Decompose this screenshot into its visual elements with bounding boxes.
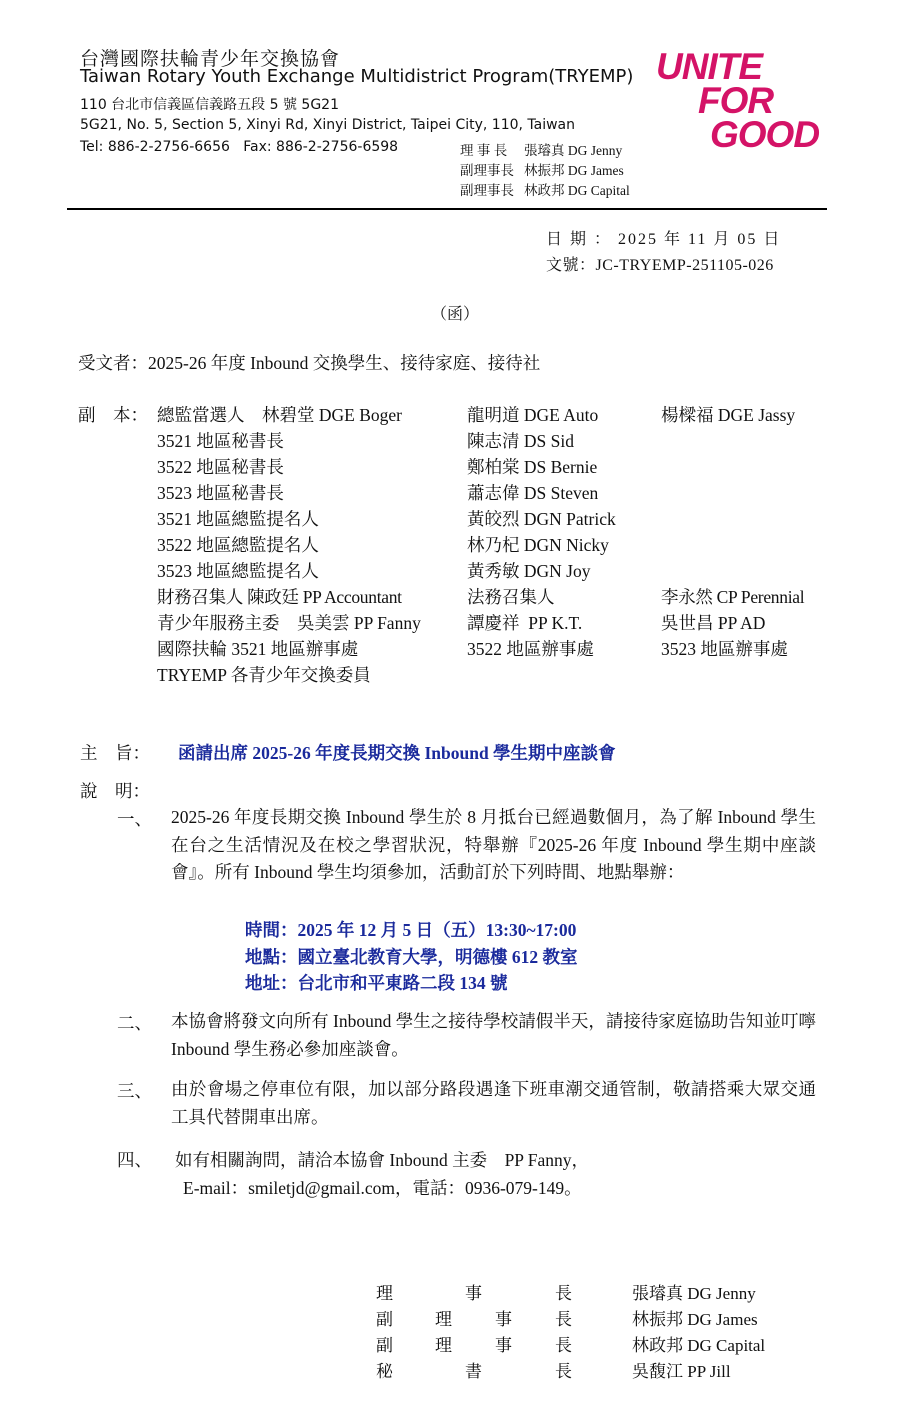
logo-line-good: GOOD xyxy=(656,118,819,152)
cc-item: 法務召集人 xyxy=(467,584,555,609)
cc-item: 3523 地區辦事處 xyxy=(661,636,788,661)
cc-item: 財務召集人 陳政廷 PP Accountant xyxy=(157,584,402,609)
event-time: 時間：2025 年 12 月 5 日（五）13:30~17:00 xyxy=(245,917,576,942)
recipient-value: 2025-26 年度 Inbound 交換學生、接待家庭、接待社 xyxy=(148,353,540,373)
officer-chairman: 理 事 長張璿真 DG Jenny xyxy=(460,139,622,159)
sig-title-char: 事 xyxy=(495,1305,512,1330)
address-cn: 110 台北市信義區信義路五段 5 號 5G21 xyxy=(80,94,339,114)
event-address: 地址：台北市和平東路二段 134 號 xyxy=(245,970,508,995)
event-venue: 地點：國立臺北教育大學，明德樓 612 教室 xyxy=(245,944,578,969)
cc-item: 龍明道 DGE Auto xyxy=(467,402,598,427)
document-date: 日 期 ： 2025 年 11 月 05 日 xyxy=(546,226,781,249)
cc-item: 吳世昌 PP AD xyxy=(661,610,765,635)
officer-title: 副理事長 xyxy=(460,179,524,199)
sig-title-char: 秘 xyxy=(376,1357,393,1382)
item-number: 三、 xyxy=(117,1078,152,1103)
sig-title-char: 事 xyxy=(495,1331,512,1356)
logo-line-unite: UNITE xyxy=(656,50,819,84)
cc-item: 3521 地區總監提名人 xyxy=(157,506,319,531)
cc-item: 3523 地區秘書長 xyxy=(157,480,284,505)
header-divider xyxy=(67,208,827,210)
explanation-label: 說 明： xyxy=(80,778,150,803)
sig-title-char: 理 xyxy=(435,1331,452,1356)
sig-title-char: 長 xyxy=(555,1279,572,1304)
officer-title: 理 事 長 xyxy=(460,139,524,159)
cc-item: 黃皎烈 DGN Patrick xyxy=(467,506,616,531)
officer-name: 張璿真 DG Jenny xyxy=(524,143,622,158)
recipient-label: 受文者： xyxy=(78,353,148,373)
cc-label: 副 本： xyxy=(78,402,148,427)
item-4-contact: E-mail：smiletjd@gmail.com，電話：0936-079-14… xyxy=(183,1175,582,1200)
cc-item: 總監當選人 林碧堂 DGE Boger xyxy=(157,402,402,427)
officer-name: 林政邦 DG Capital xyxy=(524,183,630,198)
sig-title-char: 長 xyxy=(555,1331,572,1356)
cc-item: 李永然 CP Perennial xyxy=(661,584,804,609)
cc-item: 楊樑福 DGE Jassy xyxy=(661,402,795,427)
cc-item: 3522 地區辦事處 xyxy=(467,636,594,661)
item-number: 一、 xyxy=(117,806,152,831)
cc-item: 黃秀敏 DGN Joy xyxy=(467,558,590,583)
contact-info: Tel: 886-2-2756-6656 Fax: 886-2-2756-659… xyxy=(80,139,398,155)
cc-item: 蕭志偉 DS Steven xyxy=(467,480,598,505)
subject-label: 主 旨： xyxy=(80,740,150,765)
org-name-en: Taiwan Rotary Youth Exchange Multidistri… xyxy=(80,66,633,87)
sig-title-char: 長 xyxy=(555,1305,572,1330)
signatory-name: 吳馥江 PP Jill xyxy=(632,1357,731,1382)
officer-vice-chairman-1: 副理事長林振邦 DG James xyxy=(460,159,624,179)
item-1-text: 2025-26 年度長期交換 Inbound 學生於 8 月抵台已經過數個月，為… xyxy=(171,804,816,887)
cc-item: 3521 地區秘書長 xyxy=(157,428,284,453)
sig-title-char: 理 xyxy=(376,1279,393,1304)
address-en: 5G21, No. 5, Section 5, Xinyi Rd, Xinyi … xyxy=(80,117,575,133)
cc-item: TRYEMP 各青少年交換委員 xyxy=(157,662,371,687)
signatory-name: 張璿真 DG Jenny xyxy=(632,1279,756,1304)
unite-for-good-logo: UNITE FOR GOOD xyxy=(656,50,819,152)
sig-title-char: 書 xyxy=(465,1357,482,1382)
cc-item: 國際扶輪 3521 地區辦事處 xyxy=(157,636,358,661)
cc-item: 3522 地區總監提名人 xyxy=(157,532,319,557)
subject-text: 函請出席 2025-26 年度長期交換 Inbound 學生期中座談會 xyxy=(178,740,616,765)
sig-title-char: 理 xyxy=(435,1305,452,1330)
sig-title-char: 副 xyxy=(376,1305,393,1330)
signatory-name: 林振邦 DG James xyxy=(632,1305,758,1330)
document-number: 文號：JC-TRYEMP-251105-026 xyxy=(546,252,774,275)
officer-name: 林振邦 DG James xyxy=(524,163,624,178)
signatory-name: 林政邦 DG Capital xyxy=(632,1331,765,1356)
cc-item: 青少年服務主委 吳美雲 PP Fanny xyxy=(157,610,421,635)
cc-item: 譚慶祥 PP K.T. xyxy=(467,610,582,635)
officer-title: 副理事長 xyxy=(460,159,524,179)
cc-item: 3522 地區秘書長 xyxy=(157,454,284,479)
document-type: （函） xyxy=(431,301,479,324)
sig-title-char: 副 xyxy=(376,1331,393,1356)
logo-line-for: FOR xyxy=(656,84,819,118)
sig-title-char: 長 xyxy=(555,1357,572,1382)
recipient-line: 受文者：2025-26 年度 Inbound 交換學生、接待家庭、接待社 xyxy=(78,350,540,375)
contact-email-phone: E-mail：smiletjd@gmail.com，電話：0936-079-14… xyxy=(183,1178,582,1198)
cc-item: 林乃杞 DGN Nicky xyxy=(467,532,609,557)
sig-title-char: 事 xyxy=(465,1279,482,1304)
cc-item: 3523 地區總監提名人 xyxy=(157,558,319,583)
item-number: 二、 xyxy=(117,1010,152,1035)
item-4-text: 如有相關詢問，請洽本協會 Inbound 主委 PP Fanny， xyxy=(175,1147,589,1172)
item-number: 四、 xyxy=(117,1147,152,1172)
officer-vice-chairman-2: 副理事長林政邦 DG Capital xyxy=(460,179,630,199)
cc-item: 鄭柏棠 DS Bernie xyxy=(467,454,597,479)
cc-item: 陳志清 DS Sid xyxy=(467,428,574,453)
item-3-text: 由於會場之停車位有限，加以部分路段遇逢下班車潮交通管制，敬請搭乘大眾交通工具代替… xyxy=(171,1076,816,1131)
item-2-text: 本協會將發文向所有 Inbound 學生之接待學校請假半天，請接待家庭協助告知並… xyxy=(171,1008,816,1063)
